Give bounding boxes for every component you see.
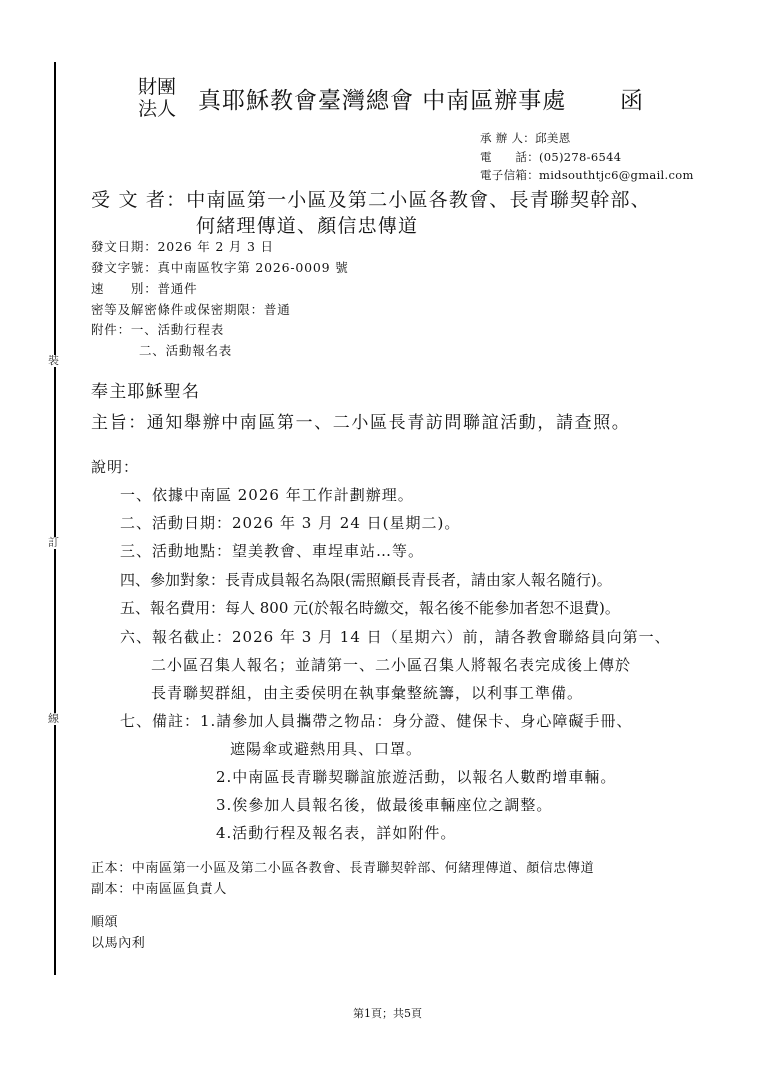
recipient-line2: 何緒理傳道、顏信忠傳道 (196, 211, 418, 238)
explanation-item: 六、報名截止：2026 年 3 月 14 日（星期六）前，請各教會聯絡員向第一、 (120, 626, 671, 647)
recipient-line1: 受 文 者：中南區第一小區及第二小區各教會、長青聯契幹部、 (91, 185, 651, 212)
explanation-item: 一、依據中南區 2026 年工作計劃辦理。 (120, 484, 414, 505)
speed: 速 別：普通件 (91, 279, 197, 297)
contact-phone: 電 話：(05)278-6544 (480, 149, 621, 165)
distribution-original: 正本：中南區第一小區及第二小區各教會、長青聯契幹部、何緒理傳道、顏信忠傳道 (91, 857, 594, 876)
remark-item: 4.活動行程及報名表，詳如附件。 (216, 822, 456, 843)
binding-mark-zhuang: 裝 (48, 355, 59, 367)
explanation-item-cont: 二小區召集人報名；並請第一、二小區召集人將報名表完成後上傳於 (151, 654, 631, 675)
binding-line (54, 62, 56, 975)
closing-line1: 順頌 (91, 911, 118, 930)
explanation-heading: 說明： (91, 456, 139, 477)
remark-item: 2.中南區長青聯契聯誼旅遊活動，以報名人數酌增車輛。 (216, 766, 616, 787)
explanation-item: 三、活動地點：望美教會、車埕車站…等。 (120, 540, 424, 561)
explanation-item: 四、參加對象：長青成員報名為限(需照顧長青長者，請由家人報名隨行)。 (120, 569, 612, 590)
binding-mark-ding: 訂 (48, 537, 59, 549)
explanation-item-cont: 遮陽傘或避熱用具、口罩。 (230, 738, 422, 759)
explanation-item: 二、活動日期：2026 年 3 月 24 日(星期二)。 (120, 512, 460, 533)
attachment-1: 附件：一、活動行程表 (91, 320, 224, 338)
explanation-item-cont: 長青聯契群組，由主委侯明在執事彙整統籌，以利事工準備。 (151, 682, 583, 703)
contact-handler: 承 辦 人：邱美恩 (480, 130, 571, 146)
subject: 主旨：通知舉辦中南區第一、二小區長青訪問聯誼活動，請查照。 (91, 408, 630, 433)
attachment-2: 二、活動報名表 (139, 341, 232, 359)
org-title: 真耶穌教會臺灣總會 中南區辦事處 (198, 82, 566, 115)
explanation-item: 五、報名費用：每人 800 元(於報名時繳交，報名後不能參加者恕不退費)。 (120, 597, 620, 618)
doc-type: 函 (620, 82, 643, 115)
corp-label: 財團 法人 (138, 76, 176, 120)
greeting: 奉主耶穌聖名 (91, 377, 200, 402)
issue-date: 發文日期：2026 年 2 月 3 日 (91, 237, 274, 255)
distribution-copy: 副本：中南區區負責人 (91, 878, 227, 897)
page-number: 第1頁；共5頁 (353, 1005, 422, 1021)
explanation-item: 七、備註：1.請參加人員攜帶之物品：身分證、健保卡、身心障礙手冊、 (120, 710, 632, 731)
issue-number: 發文字號：真中南區牧字第 2026-0009 號 (91, 258, 349, 276)
contact-email: 電子信箱：midsouthtjc6@gmail.com (480, 167, 694, 183)
remark-item: 3.俟參加人員報名後，做最後車輛座位之調整。 (216, 794, 552, 815)
binding-mark-xian: 線 (48, 713, 59, 725)
corp-label-line2: 法人 (138, 98, 176, 120)
secrecy: 密等及解密條件或保密期限：普通 (91, 300, 291, 318)
closing-line2: 以馬內利 (91, 932, 145, 951)
corp-label-line1: 財團 (138, 76, 176, 98)
